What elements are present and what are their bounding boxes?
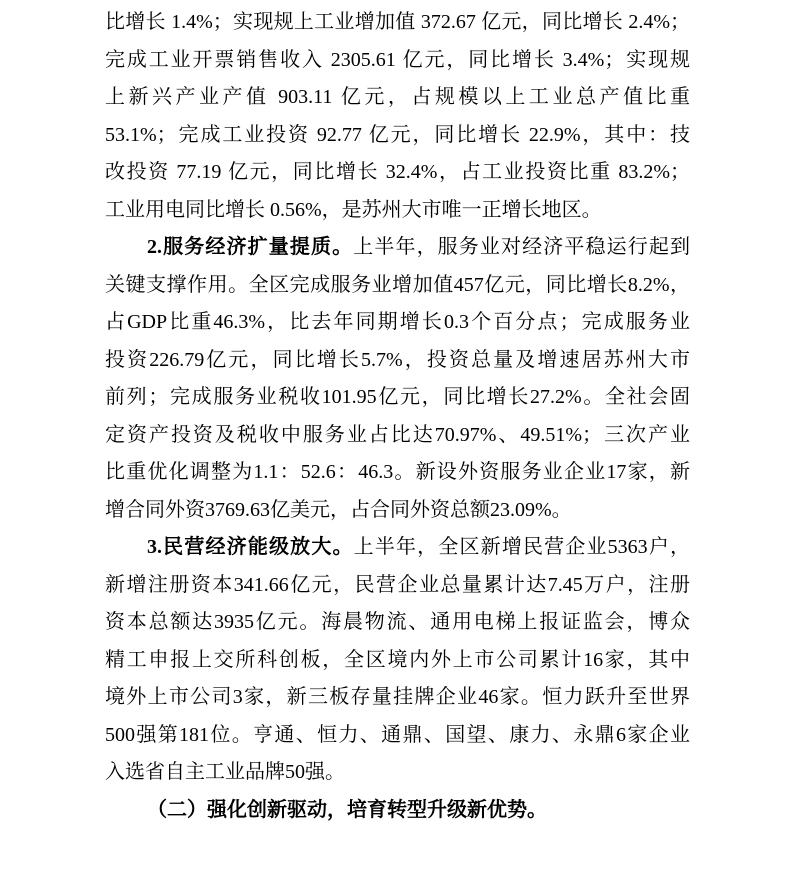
text-run: 前列；完成服务业税收101.95亿元，同比增长27.2%。全社会固 (105, 386, 690, 408)
text-run: 新增注册资本341.66亿元，民营企业总量累计达7.45万户，注册 (105, 574, 690, 596)
document-body: 比增长 1.4%；实现规上工业增加值 372.67 亿元，同比增长 2.4%；完… (105, 4, 690, 829)
text-line: 新增注册资本341.66亿元，民营企业总量累计达7.45万户，注册 (105, 567, 690, 605)
bold-run: 3.民营经济能级放大。 (147, 536, 354, 558)
text-line: 500强第181位。亨通、恒力、通鼎、国望、康力、永鼎6家企业 (105, 717, 690, 755)
text-run: 增合同外资3769.63亿美元，占合同外资总额23.09%。 (105, 499, 572, 521)
text-line: （二）强化创新驱动，培育转型升级新优势。 (105, 792, 690, 830)
bold-run: 2.服务经济扩量提质。 (147, 236, 353, 258)
text-run: 精工申报上交所科创板，全区境内外上市公司累计16家，其中 (105, 649, 690, 671)
text-run: 境外上市公司3家，新三板存量挂牌企业46家。恒力跃升至世界 (105, 686, 690, 708)
text-run: 比重优化调整为1.1：52.6：46.3。新设外资服务业企业17家，新 (105, 461, 690, 483)
text-line: 53.1%；完成工业投资 92.77 亿元，同比增长 22.9%，其中：技 (105, 117, 690, 155)
text-line: 比增长 1.4%；实现规上工业增加值 372.67 亿元，同比增长 2.4%； (105, 4, 690, 42)
text-line: 定资产投资及税收中服务业占比达70.97%、49.51%；三次产业 (105, 417, 690, 455)
text-run: 关键支撑作用。全区完成服务业增加值457亿元，同比增长8.2%， (105, 274, 690, 296)
text-line: 入选省自主工业品牌50强。 (105, 754, 690, 792)
text-line: 增合同外资3769.63亿美元，占合同外资总额23.09%。 (105, 492, 690, 530)
text-line: 境外上市公司3家，新三板存量挂牌企业46家。恒力跃升至世界 (105, 679, 690, 717)
text-line: 上新兴产业产值 903.11 亿元，占规模以上工业总产值比重 (105, 79, 690, 117)
text-line: 精工申报上交所科创板，全区境内外上市公司累计16家，其中 (105, 642, 690, 680)
bold-run: （二）强化创新驱动，培育转型升级新优势。 (147, 799, 547, 821)
private-economy-paragraph: 3.民营经济能级放大。上半年，全区新增民营企业5363户，新增注册资本341.6… (105, 529, 690, 792)
section-two-heading: （二）强化创新驱动，培育转型升级新优势。 (105, 792, 690, 830)
text-line: 2.服务经济扩量提质。上半年，服务业对经济平稳运行起到 (105, 229, 690, 267)
document-page: 比增长 1.4%；实现规上工业增加值 372.67 亿元，同比增长 2.4%；完… (0, 0, 793, 896)
text-run: 上半年，全区新增民营企业5363户， (354, 536, 690, 558)
text-line: 改投资 77.19 亿元，同比增长 32.4%，占工业投资比重 83.2%； (105, 154, 690, 192)
text-run: 占GDP比重46.3%，比去年同期增长0.3个百分点；完成服务业 (105, 311, 690, 333)
text-run: 工业用电同比增长 0.56%，是苏州大市唯一正增长地区。 (105, 199, 602, 221)
text-run: 500强第181位。亨通、恒力、通鼎、国望、康力、永鼎6家企业 (105, 724, 690, 746)
text-line: 前列；完成服务业税收101.95亿元，同比增长27.2%。全社会固 (105, 379, 690, 417)
text-line: 完成工业开票销售收入 2305.61 亿元，同比增长 3.4%；实现规 (105, 42, 690, 80)
text-line: 投资226.79亿元，同比增长5.7%，投资总量及增速居苏州大市 (105, 342, 690, 380)
text-run: 资本总额达3935亿元。海晨物流、通用电梯上报证监会，博众 (105, 611, 690, 633)
text-line: 占GDP比重46.3%，比去年同期增长0.3个百分点；完成服务业 (105, 304, 690, 342)
text-run: 53.1%；完成工业投资 92.77 亿元，同比增长 22.9%，其中：技 (105, 124, 690, 146)
text-line: 工业用电同比增长 0.56%，是苏州大市唯一正增长地区。 (105, 192, 690, 230)
text-line: 3.民营经济能级放大。上半年，全区新增民营企业5363户， (105, 529, 690, 567)
text-line: 资本总额达3935亿元。海晨物流、通用电梯上报证监会，博众 (105, 604, 690, 642)
text-run: 入选省自主工业品牌50强。 (105, 761, 345, 783)
text-line: 关键支撑作用。全区完成服务业增加值457亿元，同比增长8.2%， (105, 267, 690, 305)
text-run: 定资产投资及税收中服务业占比达70.97%、49.51%；三次产业 (105, 424, 690, 446)
text-run: 比增长 1.4%；实现规上工业增加值 372.67 亿元，同比增长 2.4%； (105, 11, 690, 33)
text-run: 上半年，服务业对经济平稳运行起到 (353, 236, 690, 258)
text-run: 完成工业开票销售收入 2305.61 亿元，同比增长 3.4%；实现规 (105, 49, 690, 71)
service-economy-paragraph: 2.服务经济扩量提质。上半年，服务业对经济平稳运行起到关键支撑作用。全区完成服务… (105, 229, 690, 529)
industrial-economy-paragraph-continuation: 比增长 1.4%；实现规上工业增加值 372.67 亿元，同比增长 2.4%；完… (105, 4, 690, 229)
text-run: 投资226.79亿元，同比增长5.7%，投资总量及增速居苏州大市 (105, 349, 690, 371)
text-line: 比重优化调整为1.1：52.6：46.3。新设外资服务业企业17家，新 (105, 454, 690, 492)
text-run: 改投资 77.19 亿元，同比增长 32.4%，占工业投资比重 83.2%； (105, 161, 690, 183)
text-run: 上新兴产业产值 903.11 亿元，占规模以上工业总产值比重 (105, 86, 690, 108)
